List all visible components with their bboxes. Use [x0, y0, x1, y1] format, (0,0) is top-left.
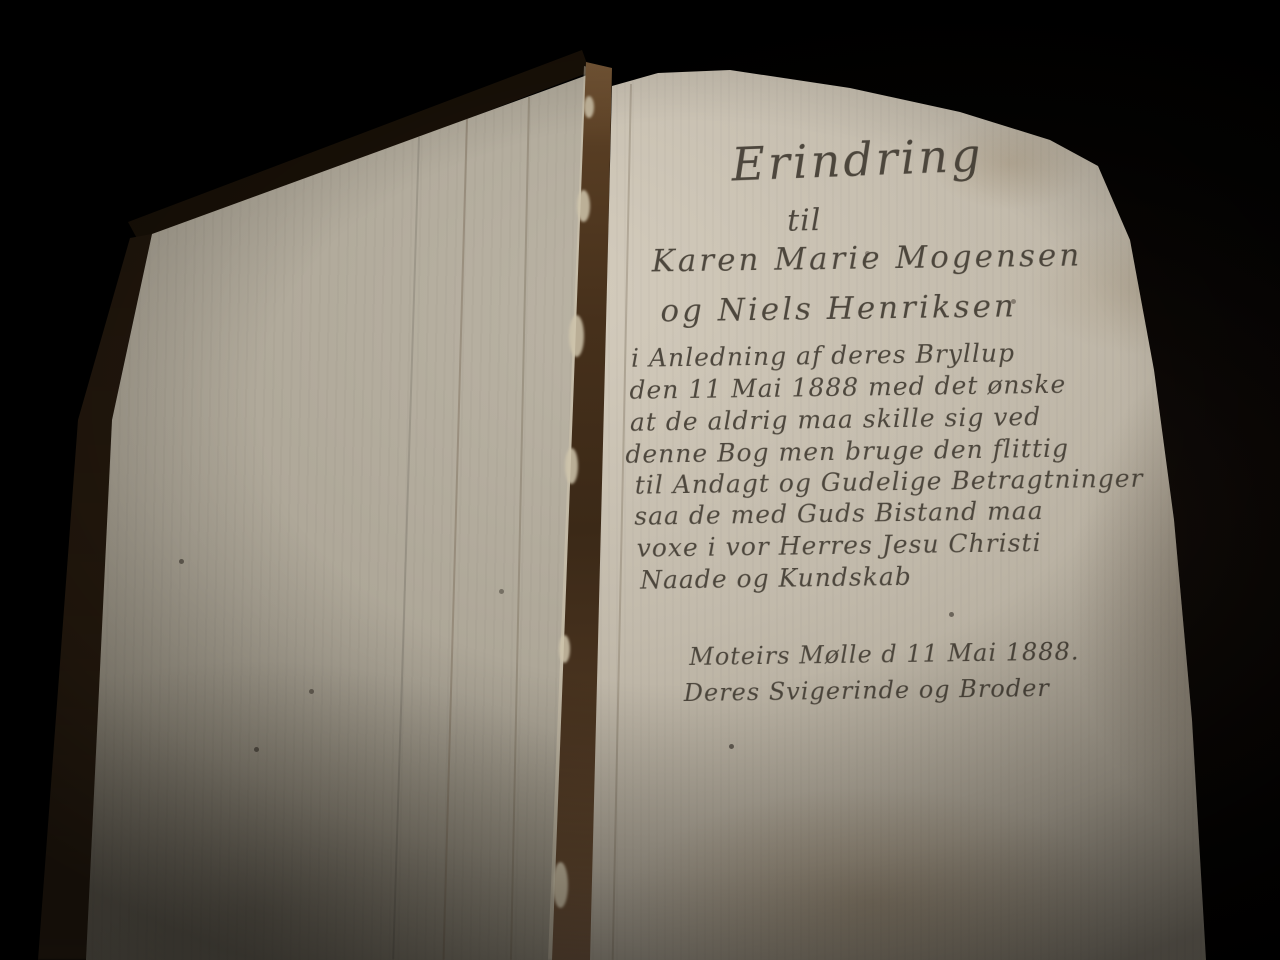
inscription-line: denne Bog men bruge den flittig: [625, 434, 1069, 469]
signature-sender: Deres Svigerinde og Broder: [684, 674, 1051, 707]
signature-place-date: Moteirs Mølle d 11 Mai 1888.: [689, 638, 1080, 671]
spine-tear: [577, 190, 590, 222]
inscription-line: saa de med Guds Bistand maa: [634, 496, 1044, 531]
handwritten-inscription: Erindring til Karen Marie Mogensen og Ni…: [595, 96, 1204, 754]
inscription-line: i Anledning af deres Bryllup: [631, 338, 1015, 372]
paper-specks: [0, 0, 3, 3]
spine-tear: [553, 862, 568, 908]
inscription-name-bride: Karen Marie Mogensen: [651, 237, 1082, 279]
inscription-line: den 11 Mai 1888 med det ønske: [629, 370, 1066, 405]
inscription-title: Erindring: [730, 128, 984, 192]
spine-tear: [569, 315, 584, 357]
inscription-line: Naade og Kundskab: [640, 562, 912, 595]
spine-tear: [584, 96, 594, 118]
inscription-name-groom: og Niels Henriksen: [660, 288, 1017, 329]
spine-tear: [565, 448, 578, 484]
inscription-line: at de aldrig maa skille sig ved: [630, 402, 1042, 437]
inscription-line: til: [787, 203, 822, 238]
book-photo: Erindring til Karen Marie Mogensen og Ni…: [0, 0, 1280, 960]
spine-tear: [559, 635, 570, 663]
inscription-line: til Andagt og Gudelige Betragtninger: [635, 464, 1144, 500]
inscription-line: voxe i vor Herres Jesu Christi: [636, 528, 1041, 563]
